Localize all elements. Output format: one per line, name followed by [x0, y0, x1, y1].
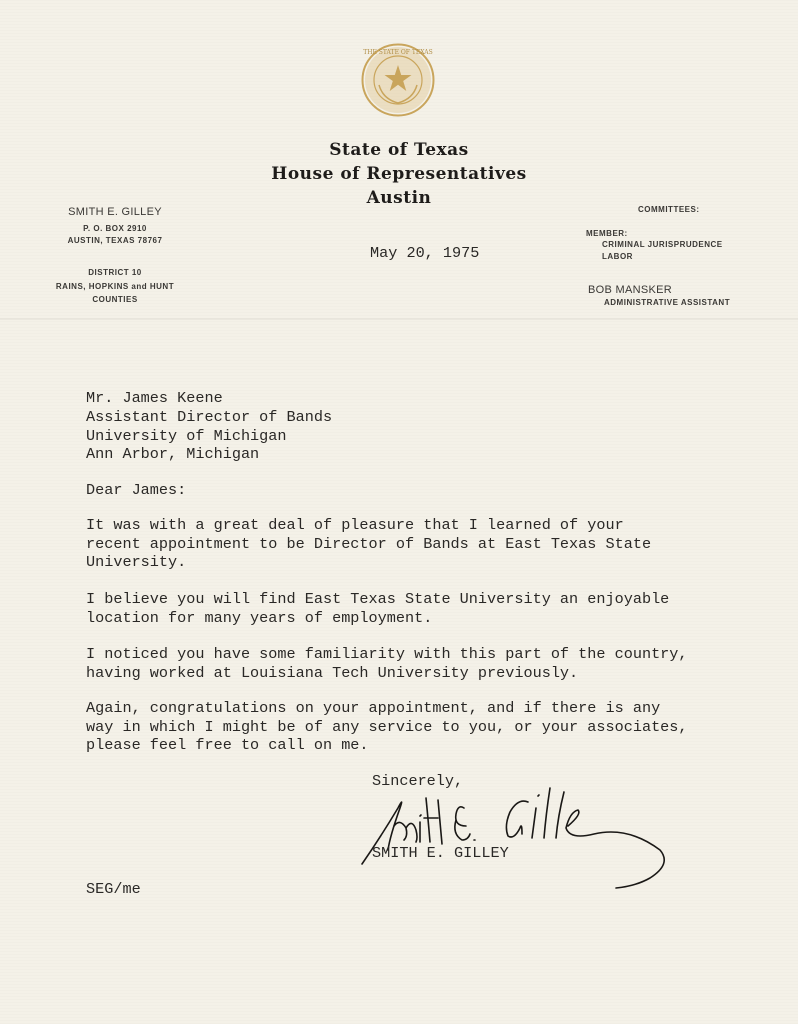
body-paragraph: I noticed you have some familiarity with…: [86, 645, 766, 682]
assistant-name: BOB MANSKER: [588, 284, 672, 296]
committees-label: COMMITTEES:: [638, 205, 700, 214]
committee-item: CRIMINAL JURISPRUDENCE: [602, 240, 723, 249]
recipient-line: University of Michigan: [86, 427, 287, 445]
member-label: MEMBER:: [586, 229, 628, 238]
assistant-title: ADMINISTRATIVE ASSISTANT: [604, 298, 730, 307]
signer-name: SMITH E. GILLEY: [372, 844, 509, 862]
paper-fold-line: [0, 318, 798, 320]
svg-text:THE STATE OF TEXAS: THE STATE OF TEXAS: [363, 49, 432, 56]
letterhead-title-house: House of Representatives: [0, 164, 798, 184]
texas-state-seal-icon: THE STATE OF TEXAS: [361, 43, 435, 117]
salutation: Dear James:: [86, 481, 186, 499]
body-paragraph: It was with a great deal of pleasure tha…: [86, 516, 766, 572]
district-counties-suffix: COUNTIES: [20, 295, 210, 304]
representative-name: SMITH E. GILLEY: [20, 206, 210, 218]
letter-date: May 20, 1975: [370, 244, 479, 262]
district-counties: RAINS, HOPKINS and HUNT: [20, 282, 210, 291]
recipient-line: Mr. James Keene: [86, 389, 223, 407]
representative-district: DISTRICT 10: [20, 268, 210, 277]
committee-item: LABOR: [602, 252, 633, 261]
recipient-line: Assistant Director of Bands: [86, 408, 332, 426]
body-paragraph: Again, congratulations on your appointme…: [86, 699, 766, 755]
body-paragraph: I believe you will find East Texas State…: [86, 590, 766, 627]
representative-city: AUSTIN, TEXAS 78767: [20, 236, 210, 245]
recipient-line: Ann Arbor, Michigan: [86, 445, 259, 463]
typist-initials: SEG/me: [86, 880, 141, 898]
representative-po-box: P. O. BOX 2910: [20, 224, 210, 233]
letterhead-title-state: State of Texas: [0, 140, 798, 160]
handwritten-signature-icon: [360, 778, 680, 898]
